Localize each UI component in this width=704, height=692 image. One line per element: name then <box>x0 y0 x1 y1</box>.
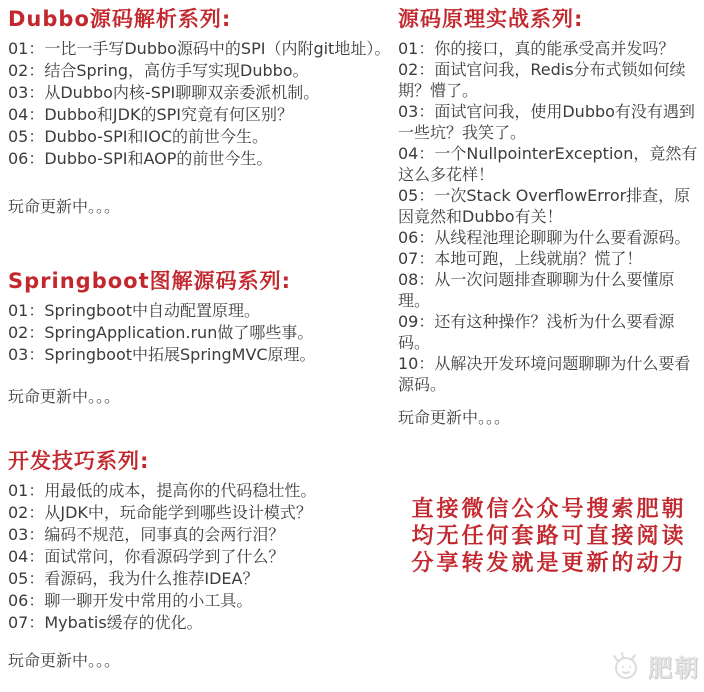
wechat-promo-text: 直接微信公众号搜索肥朝 均无任何套路可直接阅读 分享转发就是更新的动力 <box>398 496 700 577</box>
series-title-springboot: Springboot图解源码系列: <box>8 266 396 296</box>
list-item: 08：从一次问题排查聊聊为什么要懂原理。 <box>398 269 698 311</box>
list-item: 02：从JDK中，玩命能学到哪些设计模式？ <box>8 502 396 524</box>
list-item: 03：从Dubbo内核-SPI聊聊双亲委派机制。 <box>8 82 396 104</box>
updating-note: 玩命更新中。。。 <box>8 650 396 672</box>
list-item: 02：SpringApplication.run做了哪些事。 <box>8 322 396 344</box>
list-item: 05：Dubbo-SPI和IOC的前世今生。 <box>8 126 396 148</box>
list-item: 01：你的接口，真的能承受高并发吗？ <box>398 38 698 59</box>
right-column: 源码原理实战系列: 01：你的接口，真的能承受高并发吗？ 02：面试官问我，Re… <box>398 4 698 429</box>
list-item: 05：看源码，我为什么推荐IDEA？ <box>8 568 396 590</box>
list-item: 01：Springboot中自动配置原理。 <box>8 300 396 322</box>
list-item: 03：Springboot中拓展SpringMVC原理。 <box>8 344 396 366</box>
series-section-springboot: Springboot图解源码系列: 01：Springboot中自动配置原理。 … <box>8 266 396 408</box>
list-item: 02：结合Spring，高仿手写实现Dubbo。 <box>8 60 396 82</box>
list-item: 01：一比一手写Dubbo源码中的SPI（内附git地址）。 <box>8 38 396 60</box>
left-column: Dubbo源码解析系列: 01：一比一手写Dubbo源码中的SPI（内附git地… <box>8 4 396 672</box>
promo-line: 均无任何套路可直接阅读 <box>398 523 700 550</box>
list-item: 02：面试官问我，Redis分布式锁如何续期？懵了。 <box>398 59 698 101</box>
watermark-logo: 肥朝 <box>608 648 700 683</box>
list-item: 06：Dubbo-SPI和AOP的前世今生。 <box>8 148 396 170</box>
list-item: 04：Dubbo和JDK的SPI究竟有何区别？ <box>8 104 396 126</box>
list-item: 06：聊一聊开发中常用的小工具。 <box>8 590 396 612</box>
updating-note: 玩命更新中。。。 <box>8 196 396 218</box>
list-item: 07：本地可跑，上线就崩？慌了！ <box>398 248 698 269</box>
series-title-dev-tips: 开发技巧系列: <box>8 446 396 476</box>
list-item: 04：一个NullpointerException，竟然有这么多花样！ <box>398 143 698 185</box>
list-item: 03：编码不规范，同事真的会两行泪？ <box>8 524 396 546</box>
series-title-source-practice: 源码原理实战系列: <box>398 4 698 34</box>
list-item: 04：面试常问，你看源码学到了什么？ <box>8 546 396 568</box>
series-section-dubbo: Dubbo源码解析系列: 01：一比一手写Dubbo源码中的SPI（内附git地… <box>8 4 396 218</box>
series-section-source-practice: 源码原理实战系列: 01：你的接口，真的能承受高并发吗？ 02：面试官问我，Re… <box>398 4 698 429</box>
list-item: 09：还有这种操作？浅析为什么要看源码。 <box>398 311 698 353</box>
list-item: 03：面试官问我，使用Dubbo有没有遇到一些坑？我笑了。 <box>398 101 698 143</box>
list-item: 05：一次Stack OverflowError排查，原因竟然和Dubbo有关！ <box>398 185 698 227</box>
series-title-dubbo: Dubbo源码解析系列: <box>8 4 396 34</box>
pig-mascot-icon <box>608 649 642 683</box>
list-item: 06：从线程池理论聊聊为什么要看源码。 <box>398 227 698 248</box>
list-item: 07：Mybatis缓存的优化。 <box>8 612 396 634</box>
promo-line: 分享转发就是更新的动力 <box>398 550 700 577</box>
watermark-label: 肥朝 <box>648 648 700 683</box>
list-item: 10：从解决开发环境问题聊聊为什么要看源码。 <box>398 353 698 395</box>
list-item: 01：用最低的成本，提高你的代码稳壮性。 <box>8 480 396 502</box>
series-section-dev-tips: 开发技巧系列: 01：用最低的成本，提高你的代码稳壮性。 02：从JDK中，玩命… <box>8 446 396 672</box>
updating-note: 玩命更新中。。。 <box>398 407 698 429</box>
promo-line: 直接微信公众号搜索肥朝 <box>398 496 700 523</box>
updating-note: 玩命更新中。。。 <box>8 386 396 408</box>
